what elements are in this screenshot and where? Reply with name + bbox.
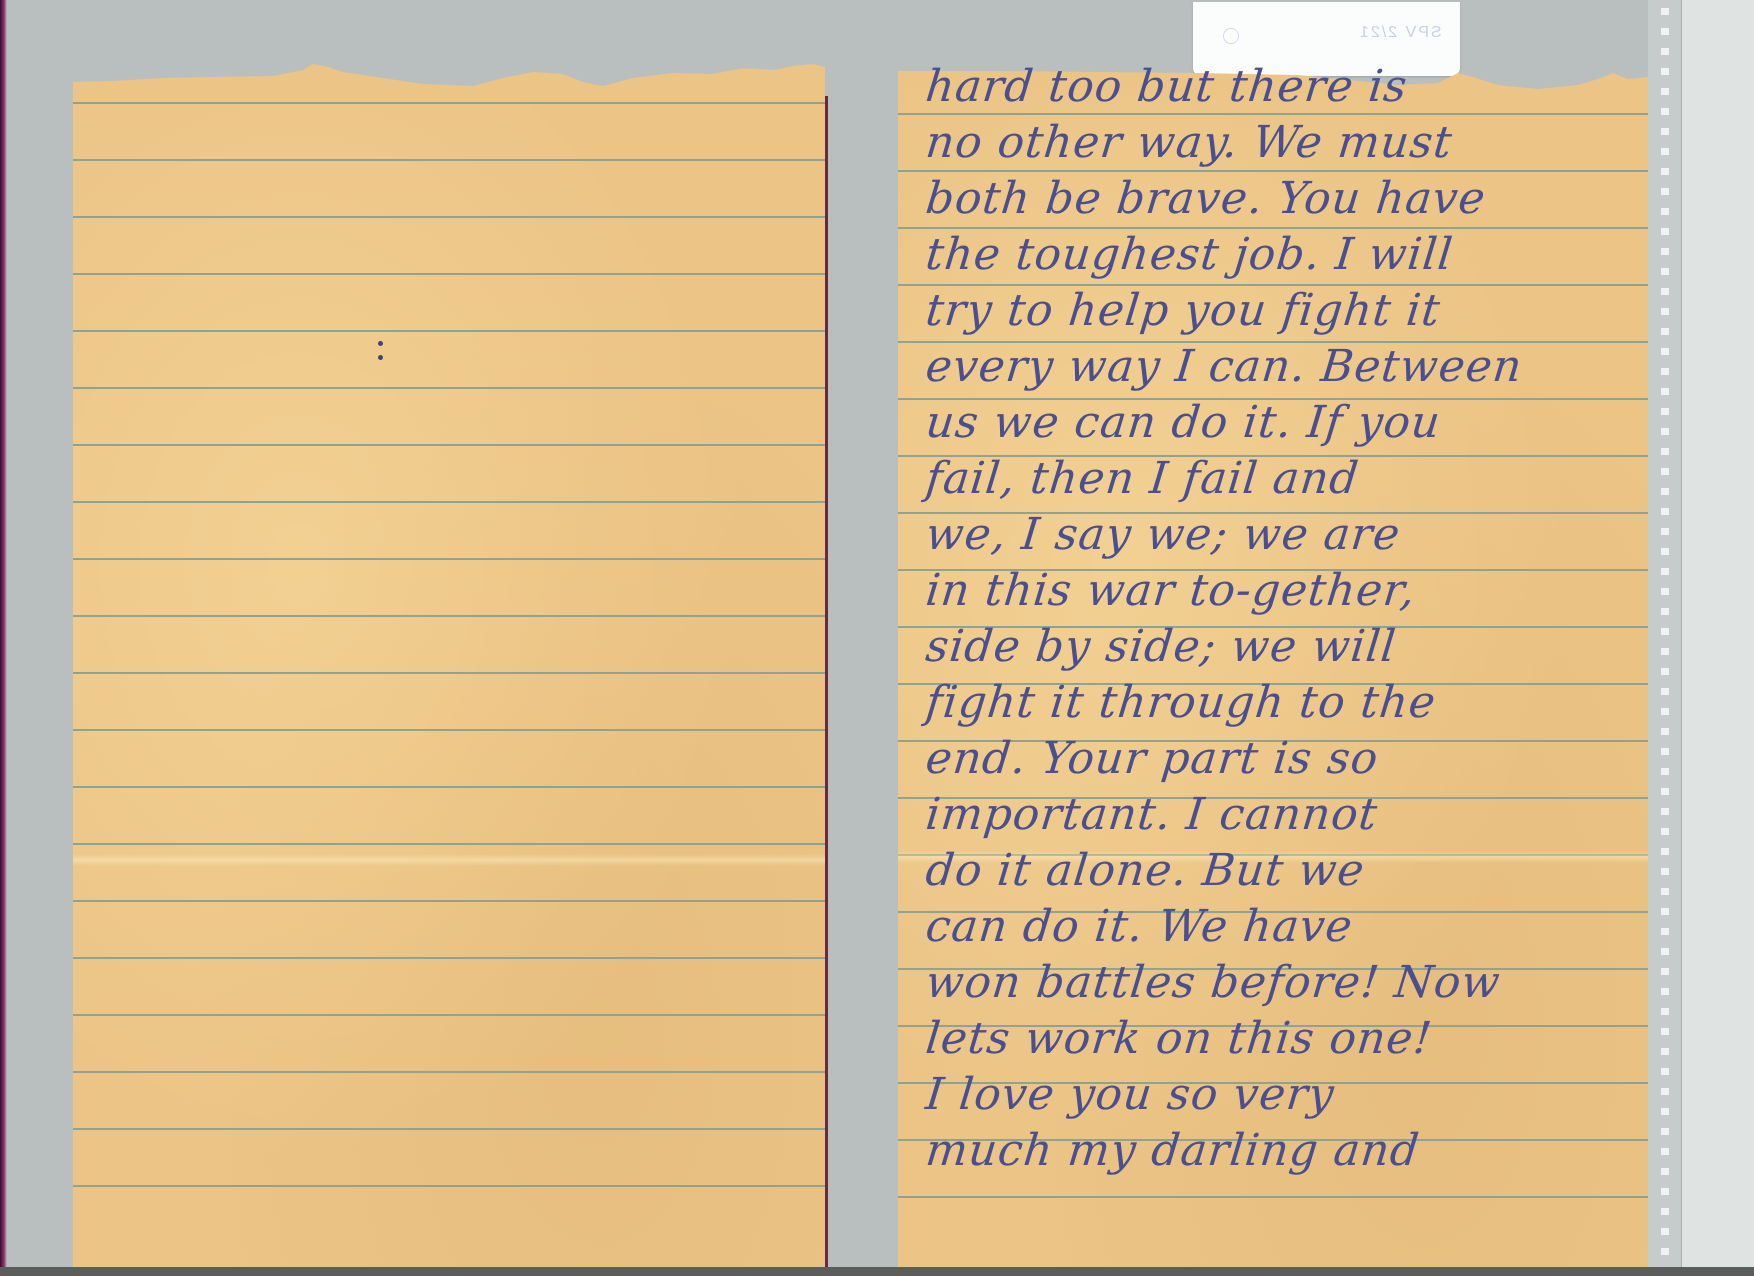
- ruled-lines: [73, 96, 825, 1267]
- letter-line: hard too but there is: [923, 59, 1410, 115]
- ink-dot-mark: [378, 341, 386, 363]
- letter-line: end. Your part is so: [923, 731, 1381, 787]
- letter-line: in this war to-gether,: [923, 563, 1418, 619]
- letter-line: much my darling and: [923, 1123, 1422, 1179]
- letter-line: we, I say we; we are: [923, 507, 1403, 563]
- right-page: hard too but there is no other way. We m…: [898, 93, 1648, 1267]
- letter-line: can do it. We have: [923, 899, 1356, 955]
- torn-edge: [73, 62, 825, 98]
- letter-line: lets work on this one!: [923, 1011, 1435, 1067]
- letter-line: side by side; we will: [923, 619, 1399, 675]
- letter-line: the toughest job. I will: [923, 227, 1456, 283]
- sleeve-margin: [1682, 0, 1754, 1267]
- letter-line: us we can do it. If you: [923, 395, 1443, 451]
- letter-line: every way I can. Between: [923, 339, 1525, 395]
- letter-line: no other way. We must: [923, 115, 1455, 171]
- page-edge-shadow: [825, 96, 828, 1267]
- letter-line: I love you so very: [923, 1067, 1337, 1123]
- letter-line: try to help you fight it: [923, 283, 1443, 339]
- letter-line: fight it through to the: [923, 675, 1439, 731]
- sleeve-binding-strip: [1648, 0, 1682, 1267]
- circle-mark-icon: [1223, 28, 1239, 44]
- letter-line: won battles before! Now: [923, 955, 1503, 1011]
- letter-line: do it alone. But we: [923, 843, 1367, 899]
- letter-line: both be brave. You have: [923, 171, 1489, 227]
- letter-line: fail, then I fail and: [923, 451, 1362, 507]
- scanner-bottom-edge: [0, 1267, 1754, 1276]
- left-page: [73, 96, 825, 1267]
- fold-crease: [73, 854, 825, 866]
- scanner-left-edge: [0, 0, 7, 1276]
- letter-line: important. I cannot: [923, 787, 1380, 843]
- label-text: SPV 2/21: [1358, 24, 1442, 42]
